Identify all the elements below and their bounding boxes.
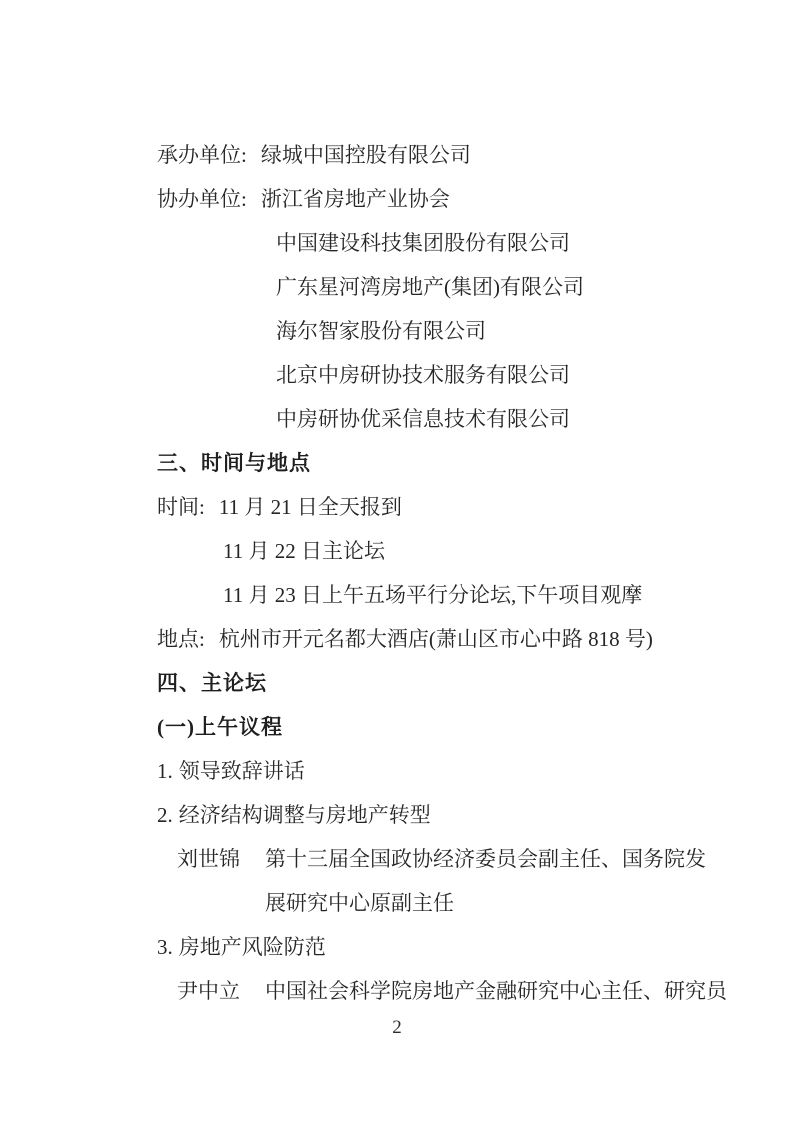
place-row: 地点:杭州市开元名都大酒店(萧山区市心中路 818 号) — [157, 617, 737, 661]
co-organizer-item: 中房研协优采信息技术有限公司 — [157, 397, 737, 441]
time-row: 时间:11 月 21 日全天报到 — [157, 485, 737, 529]
speaker-row: 尹中立中国社会科学院房地产金融研究中心主任、研究员 — [157, 969, 737, 1013]
host-organizer-value: 绿城中国控股有限公司 — [261, 143, 471, 167]
place-value: 杭州市开元名都大酒店(萧山区市心中路 818 号) — [219, 627, 653, 651]
agenda-item-number: 2. — [157, 803, 173, 827]
section-heading-main-forum: 四、主论坛 — [157, 661, 737, 705]
speaker-name: 尹中立 — [177, 979, 240, 1003]
time-label: 时间: — [157, 495, 205, 519]
co-organizer-item: 中国建设科技集团股份有限公司 — [157, 221, 737, 265]
agenda-item-number: 3. — [157, 935, 173, 959]
speaker-role: 中国社会科学院房地产金融研究中心主任、研究员 — [265, 979, 727, 1003]
agenda-item-2: 2.经济结构调整与房地产转型 — [157, 793, 737, 837]
host-organizer-label: 承办单位: — [157, 143, 247, 167]
agenda-item-1: 1.领导致辞讲话 — [157, 749, 737, 793]
co-organizer-item: 北京中房研协技术服务有限公司 — [157, 353, 737, 397]
co-organizer-label: 协办单位: — [157, 187, 247, 211]
agenda-item-3: 3.房地产风险防范 — [157, 925, 737, 969]
co-organizer-value: 浙江省房地产业协会 — [261, 187, 450, 211]
speaker-row: 刘世锦第十三届全国政协经济委员会副主任、国务院发 — [157, 837, 737, 881]
speaker-name: 刘世锦 — [177, 847, 240, 871]
page-footer: 2 — [0, 1014, 794, 1042]
host-organizer-row: 承办单位:绿城中国控股有限公司 — [157, 133, 737, 177]
agenda-item-topic: 经济结构调整与房地产转型 — [179, 803, 431, 827]
page-number: 2 — [392, 1017, 402, 1038]
document-page: 承办单位:绿城中国控股有限公司 协办单位:浙江省房地产业协会 中国建设科技集团股… — [0, 0, 794, 1123]
co-organizer-item: 广东星河湾房地产(集团)有限公司 — [157, 265, 737, 309]
agenda-item-topic: 房地产风险防范 — [179, 935, 326, 959]
agenda-item-topic: 领导致辞讲话 — [179, 759, 305, 783]
time-item: 11 月 23 日上午五场平行分论坛,下午项目观摩 — [157, 573, 737, 617]
subheading-morning-agenda: (一)上午议程 — [157, 705, 737, 749]
document-content: 承办单位:绿城中国控股有限公司 协办单位:浙江省房地产业协会 中国建设科技集团股… — [157, 133, 737, 1013]
place-label: 地点: — [157, 627, 205, 651]
speaker-role: 第十三届全国政协经济委员会副主任、国务院发 — [265, 847, 706, 871]
section-heading-time-place: 三、时间与地点 — [157, 441, 737, 485]
speaker-role-continued: 展研究中心原副主任 — [157, 881, 737, 925]
co-organizer-item: 海尔智家股份有限公司 — [157, 309, 737, 353]
time-value: 11 月 21 日全天报到 — [219, 495, 402, 519]
time-item: 11 月 22 日主论坛 — [157, 529, 737, 573]
agenda-item-number: 1. — [157, 759, 173, 783]
co-organizer-row: 协办单位:浙江省房地产业协会 — [157, 177, 737, 221]
